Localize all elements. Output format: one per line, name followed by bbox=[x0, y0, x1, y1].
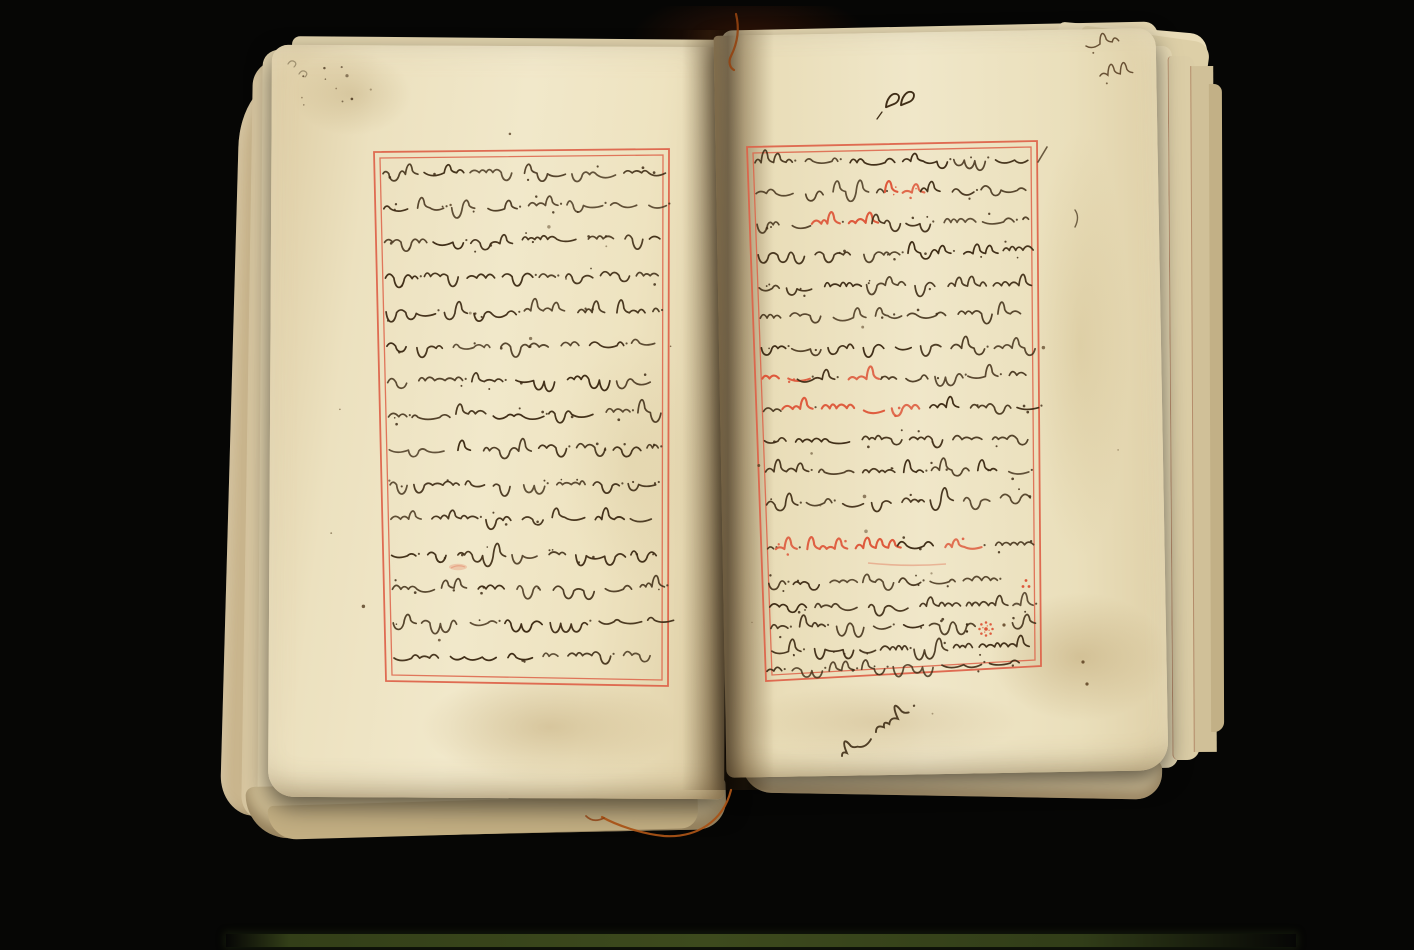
text-line bbox=[388, 372, 651, 393]
text-line bbox=[762, 364, 1026, 389]
left-page bbox=[268, 45, 728, 799]
text-line bbox=[765, 457, 1033, 483]
under-leaf-bottom-edge-left-2 bbox=[268, 794, 699, 840]
corner-fan-leaf-2 bbox=[1075, 25, 1211, 95]
fore-edge-strip-1 bbox=[1135, 46, 1178, 768]
catchword bbox=[834, 697, 920, 759]
text-line bbox=[761, 336, 1035, 358]
text-line bbox=[384, 193, 671, 218]
right-text-block bbox=[755, 145, 1043, 682]
water-stain-left-bottom bbox=[420, 672, 680, 782]
water-stain-left-top bbox=[292, 52, 412, 136]
under-leaf-bottom-edge-right bbox=[742, 752, 1163, 799]
text-line bbox=[391, 507, 652, 530]
text-line bbox=[764, 428, 1028, 450]
edge-scribbles bbox=[1084, 31, 1133, 85]
text-line bbox=[771, 611, 1036, 638]
text-line bbox=[766, 486, 1031, 514]
manuscript-artwork bbox=[0, 0, 1414, 950]
right-page bbox=[714, 28, 1169, 778]
water-stain-right-edge bbox=[1030, 130, 1130, 560]
text-line bbox=[759, 274, 1031, 298]
text-line bbox=[394, 651, 650, 666]
left-text-frame bbox=[374, 149, 669, 686]
fore-edge-strip-2 bbox=[1168, 56, 1200, 760]
binding-thread-top bbox=[730, 14, 738, 70]
text-line bbox=[384, 230, 660, 254]
page-stack-edge-left-inner bbox=[257, 50, 316, 824]
text-line bbox=[388, 399, 661, 425]
water-stain-right-bottom bbox=[990, 592, 1170, 722]
manuscript-photo bbox=[0, 0, 1414, 950]
spine-shadow-glow bbox=[630, 6, 870, 86]
under-leaf-top-edge-right bbox=[722, 21, 1158, 58]
text-line bbox=[386, 298, 663, 322]
page-stack-edge-left-middle bbox=[241, 60, 311, 823]
text-line bbox=[758, 240, 1033, 265]
text-line bbox=[393, 611, 674, 635]
text-line bbox=[392, 543, 657, 567]
text-line bbox=[760, 302, 1021, 328]
text-line bbox=[763, 394, 1042, 419]
folio-number-mark bbox=[877, 92, 914, 119]
under-leaf-bottom-edge-left bbox=[246, 777, 727, 839]
text-line bbox=[772, 635, 1030, 661]
water-stain-left-middle bbox=[560, 330, 700, 590]
color-calibration-bar bbox=[226, 934, 1296, 947]
fore-edge-strip-4 bbox=[1209, 84, 1224, 732]
text-line bbox=[757, 208, 1029, 234]
gutter-shadow bbox=[682, 30, 774, 790]
text-line bbox=[770, 593, 1038, 617]
text-line bbox=[389, 437, 662, 459]
water-stain-right-bottom-2 bbox=[742, 682, 1022, 762]
text-line bbox=[756, 177, 1026, 203]
ink-specks-layer bbox=[301, 66, 1119, 715]
page-stack-edge-left-outer bbox=[220, 77, 307, 817]
text-line bbox=[385, 267, 658, 289]
text-line bbox=[755, 145, 1028, 174]
right-text-frame bbox=[747, 141, 1041, 681]
text-line bbox=[390, 478, 660, 497]
text-line bbox=[769, 572, 1002, 593]
text-line bbox=[387, 339, 655, 358]
corner-fan-leaf-1 bbox=[1053, 22, 1208, 99]
text-line bbox=[383, 162, 666, 183]
text-line bbox=[392, 576, 668, 600]
ornaments-layer bbox=[449, 563, 1089, 686]
fore-edge-strip-3 bbox=[1190, 66, 1217, 752]
margin-marks-layer bbox=[288, 61, 1078, 227]
binding-thread-bottom bbox=[586, 790, 731, 836]
under-leaf-top-edge-left bbox=[292, 36, 722, 66]
text-line bbox=[767, 654, 1020, 683]
text-line bbox=[768, 534, 1034, 557]
left-text-block bbox=[383, 162, 674, 666]
